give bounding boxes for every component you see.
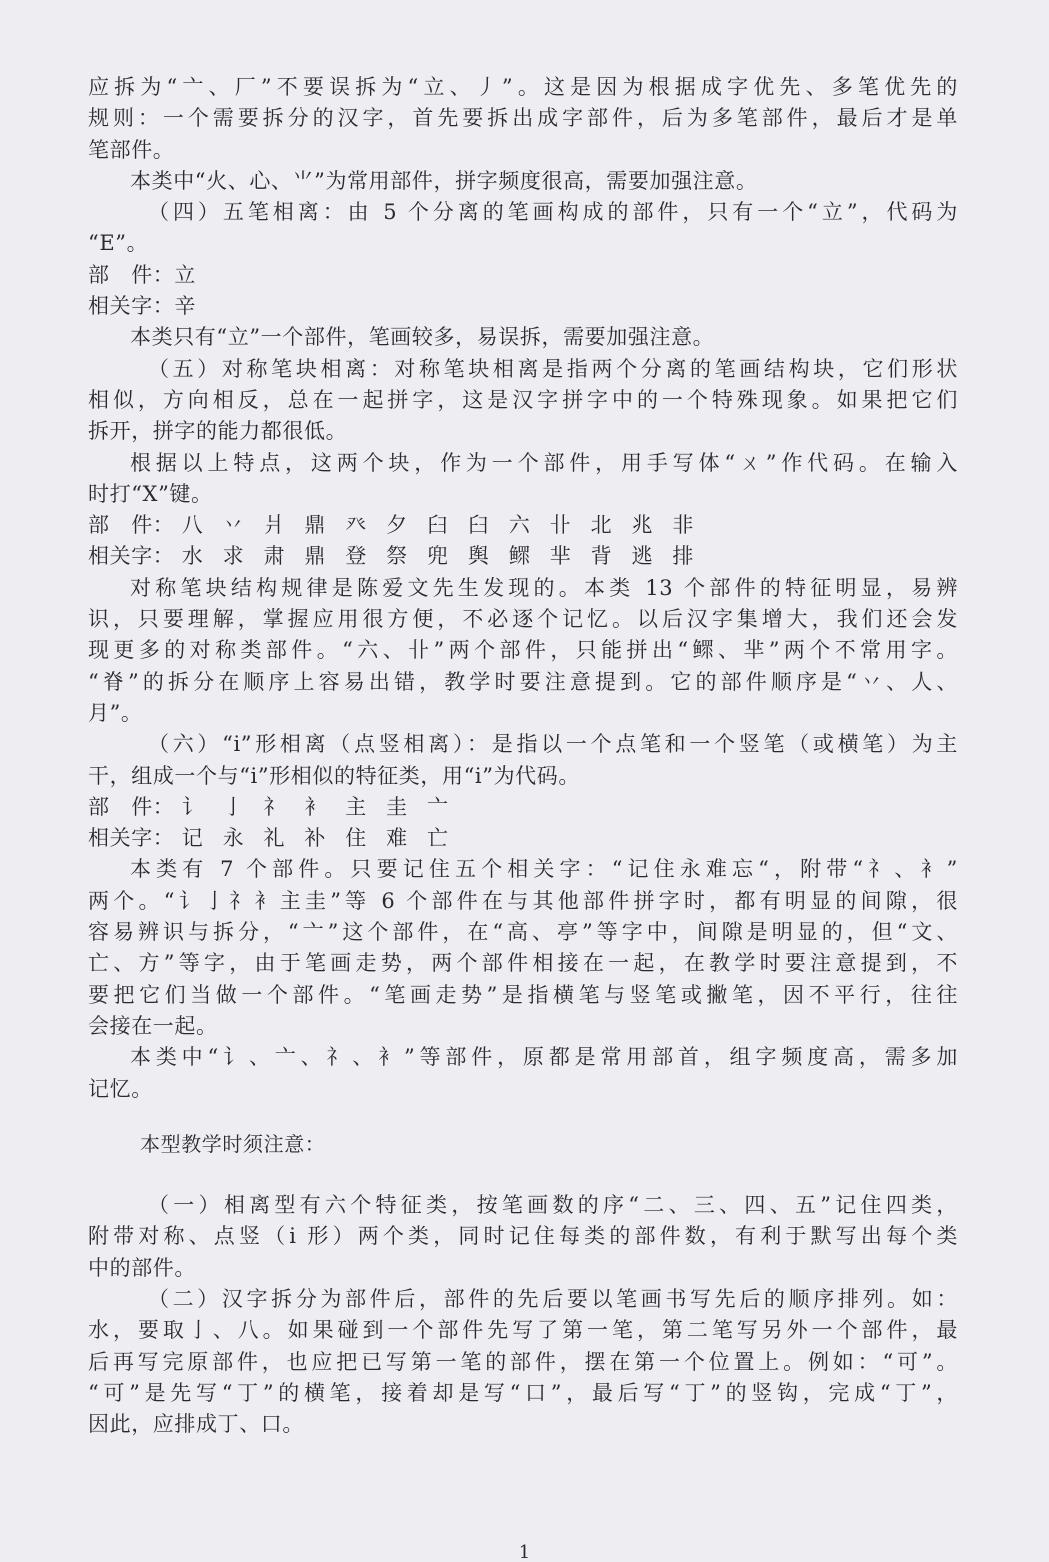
related-item: 水	[182, 541, 204, 572]
related-item: 舆	[468, 541, 490, 572]
section6-parts-row: 部 件： 讠 亅 礻 衤 主 圭 亠	[88, 792, 958, 823]
related-item: 背	[591, 541, 613, 572]
related-item: 住	[345, 823, 367, 854]
paragraph-line: 水，要取亅、八。如果碰到一个部件先写了第一笔，第二笔写另外一个部件，最	[88, 1315, 958, 1346]
parts-value: 立	[174, 263, 196, 287]
paragraph-line: 两个。“讠亅礻衤主圭”等 6 个部件在与其他部件拼字时，都有明显的间隙，很	[88, 886, 958, 917]
related-item: 补	[304, 823, 326, 854]
paragraph-line: 要把它们当做一个部件。“笔画走势”是指横笔与竖笔或撇笔，因不平行，往往	[88, 980, 958, 1011]
section5-heading: （五）对称笔块相离：对称笔块相离是指两个分离的笔画结构块，它们形状	[88, 354, 958, 385]
part-item: 八	[182, 510, 204, 541]
paragraph-common-parts: 本类中“火、心、⺌”为常用部件，拼字频度很高，需要加强注意。	[88, 166, 958, 197]
paragraph-line: 根据以上特点，这两个块，作为一个部件，用手写体“ㄨ”作代码。在输入	[88, 448, 958, 479]
section4-note: 本类只有“立”一个部件，笔画较多，易误拆，需要加强注意。	[88, 322, 958, 353]
part-item: 臼	[427, 510, 449, 541]
related-item: 兜	[427, 541, 449, 572]
part-item: 北	[591, 510, 613, 541]
part-item: 非	[672, 510, 694, 541]
related-item: 肃	[263, 541, 285, 572]
related-item: 难	[386, 823, 408, 854]
part-item: 卝	[550, 510, 572, 541]
paragraph-line: 本类中“讠、亠、礻、衤”等部件，原都是常用部首，组字频度高，需多加	[88, 1042, 958, 1073]
related-item: 礼	[263, 823, 285, 854]
paragraph-line: 记忆。	[88, 1074, 958, 1105]
related-item: 逃	[631, 541, 653, 572]
section4-heading-cont: “E”。	[88, 228, 958, 259]
related-item: 永	[223, 823, 245, 854]
part-item: 衤	[304, 792, 326, 823]
section5-related-row: 相关字： 水 求 肃 鼎 登 祭 兜 舆 鳏 芈 背 逃 排	[88, 541, 958, 572]
teaching-point-2: （二）汉字拆分为部件后，部件的先后要以笔画书写先后的顺序排列。如：	[88, 1284, 958, 1315]
teaching-point-1: （一）相离型有六个特征类，按笔画数的序“二、三、四、五”记住四类，	[88, 1190, 958, 1221]
part-item: 夕	[386, 510, 408, 541]
paragraph-line: 拆开，拼字的能力都很低。	[88, 416, 958, 447]
part-item: 丷	[223, 510, 245, 541]
paragraph-line: 应拆为“亠、厂”不要误拆为“立、丿”。这是因为根据成字优先、多笔优先的	[88, 72, 958, 103]
paragraph-line: 识，只要理解，掌握应用很方便，不必逐个记忆。以后汉字集增大，我们还会发	[88, 604, 958, 635]
paragraph-line: 笔部件。	[88, 135, 958, 166]
part-item: 亅	[223, 792, 245, 823]
paragraph-line: “脊”的拆分在顺序上容易出错，教学时要注意提到。它的部件顺序是“丷、人、	[88, 667, 958, 698]
related-item: 鼎	[304, 541, 326, 572]
related-item: 排	[672, 541, 694, 572]
related-item: 登	[345, 541, 367, 572]
parts-label: 部 件：	[88, 513, 174, 537]
part-item: 讠	[182, 792, 204, 823]
part-item: 癶	[345, 510, 367, 541]
section6-heading: （六）“i”形相离（点竖相离）：是指以一个点笔和一个竖笔（或横笔）为主	[88, 729, 958, 760]
section4-parts-row: 部 件：立	[88, 260, 958, 291]
paragraph-line: 规则：一个需要拆分的汉字，首先要拆出成字部件，后为多笔部件，最后才是单	[88, 103, 958, 134]
paragraph-line: 相似，方向相反，总在一起拼字，这是汉字拼字中的一个特殊现象。如果把它们	[88, 385, 958, 416]
teaching-notes-heading: 本型教学时须注意：	[88, 1129, 958, 1160]
related-item: 记	[182, 823, 204, 854]
related-label: 相关字：	[88, 294, 174, 318]
parts-label: 部 件：	[88, 263, 174, 287]
paragraph-line: 对称笔块结构规律是陈爱文先生发现的。本类 13 个部件的特征明显，易辨	[88, 573, 958, 604]
paragraph-line: 会接在一起。	[88, 1011, 958, 1042]
part-item: 圭	[386, 792, 408, 823]
part-item: 主	[345, 792, 367, 823]
related-value: 辛	[174, 294, 196, 318]
paragraph-line: 现更多的对称类部件。“六、卝”两个部件，只能拼出“鳏、芈”两个不常用字。	[88, 635, 958, 666]
related-label: 相关字：	[88, 544, 174, 568]
document-page: 应拆为“亠、厂”不要误拆为“立、丿”。这是因为根据成字优先、多笔优先的 规则：一…	[88, 72, 958, 1440]
related-item: 求	[223, 541, 245, 572]
paragraph-line: 亡、方”等字，由于笔画走势，两个部件相接在一起，在教学时要注意提到，不	[88, 948, 958, 979]
paragraph-line: 后再写完原部件，也应把已写第一笔的部件，摆在第一个位置上。例如：“可”。	[88, 1347, 958, 1378]
paragraph-line: 干，组成一个与“i”形相似的特征类，用“i”为代码。	[88, 761, 958, 792]
part-item: 爿	[263, 510, 285, 541]
parts-label: 部 件：	[88, 795, 174, 819]
part-item: 鼎	[304, 510, 326, 541]
section5-parts-row: 部 件： 八 丷 爿 鼎 癶 夕 臼 臼 六 卝 北 兆 非	[88, 510, 958, 541]
part-item: 兆	[631, 510, 653, 541]
part-item: 臼	[468, 510, 490, 541]
related-item: 亡	[427, 823, 449, 854]
part-item: 六	[509, 510, 531, 541]
paragraph-line: 月”。	[88, 698, 958, 729]
part-item: 亠	[427, 792, 449, 823]
page-number: 1	[0, 1542, 1049, 1562]
related-item: 鳏	[509, 541, 531, 572]
section6-related-row: 相关字： 记 永 礼 补 住 难 亡	[88, 823, 958, 854]
related-item: 祭	[386, 541, 408, 572]
paragraph-line: “可”是先写“丁”的横笔，接着却是写“口”，最后写“丁”的竖钩，完成“丁”，	[88, 1378, 958, 1409]
paragraph-line: 容易辨识与拆分，“亠”这个部件，在“高、亭”等字中，间隙是明显的，但“文、	[88, 917, 958, 948]
paragraph-line: 附带对称、点竖（i 形）两个类，同时记住每类的部件数，有利于默写出每个类	[88, 1221, 958, 1252]
related-label: 相关字：	[88, 826, 174, 850]
part-item: 礻	[263, 792, 285, 823]
paragraph-line: 因此，应排成丁、口。	[88, 1409, 958, 1440]
section4-heading: （四）五笔相离：由 5 个分离的笔画构成的部件，只有一个“立”，代码为	[88, 197, 958, 228]
paragraph-line: 本类有 7 个部件。只要记住五个相关字：“记住永难忘“，附带“礻、衤”	[88, 854, 958, 885]
paragraph-line: 中的部件。	[88, 1253, 958, 1284]
paragraph-line: 时打“X”键。	[88, 479, 958, 510]
section4-related-row: 相关字：辛	[88, 291, 958, 322]
related-item: 芈	[550, 541, 572, 572]
